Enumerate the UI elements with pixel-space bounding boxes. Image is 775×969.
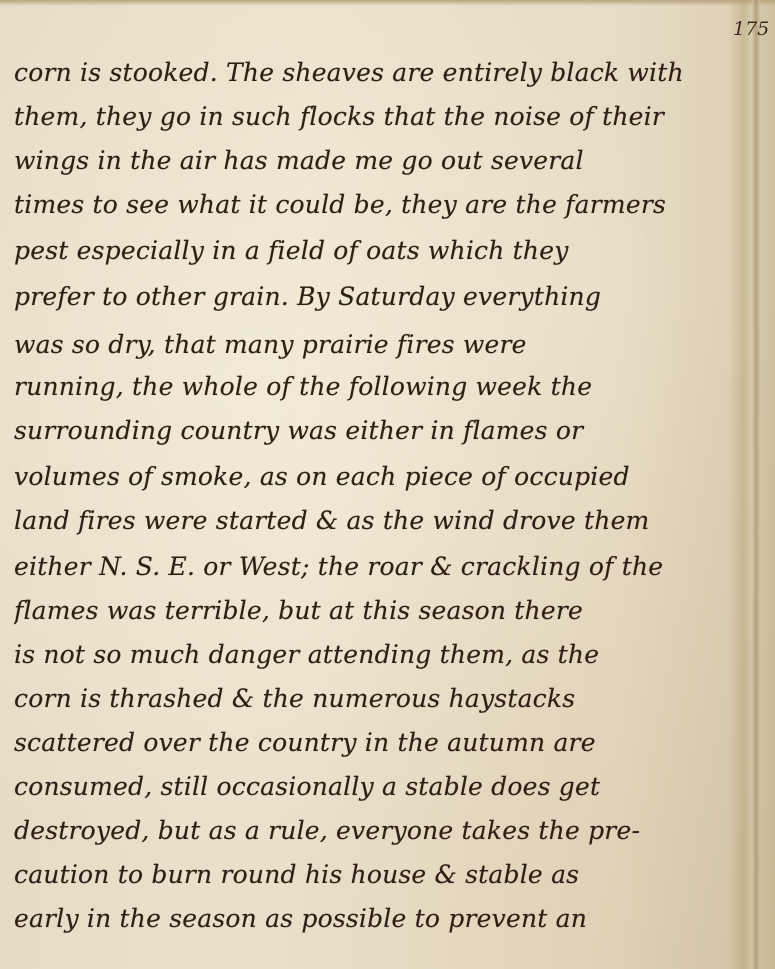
text-line-18: destroyed, but as a rule, everyone takes… <box>14 816 754 845</box>
text-line-8: running, the whole of the following week… <box>14 372 754 401</box>
text-line-15: corn is thrashed & the numerous haystack… <box>14 684 754 713</box>
text-line-10: volumes of smoke, as on each piece of oc… <box>14 462 754 491</box>
text-line-11: land fires were started & as the wind dr… <box>14 506 754 535</box>
text-line-20: early in the season as possible to preve… <box>14 904 754 933</box>
manuscript-page: 175 corn is stooked. The sheaves are ent… <box>0 0 775 969</box>
page-top-edge <box>0 0 775 6</box>
text-line-4: times to see what it could be, they are … <box>14 190 754 219</box>
text-line-7: was so dry, that many prairie fires were <box>14 330 754 359</box>
text-line-6: prefer to other grain. By Saturday every… <box>14 282 754 311</box>
text-line-19: caution to burn round his house & stable… <box>14 860 754 889</box>
text-line-1: corn is stooked. The sheaves are entirel… <box>14 58 754 87</box>
text-line-12: either N. S. E. or West; the roar & crac… <box>14 552 754 581</box>
text-line-13: flames was terrible, but at this season … <box>14 596 754 625</box>
page-number: 175 <box>733 18 769 40</box>
text-line-3: wings in the air has made me go out seve… <box>14 146 754 175</box>
text-line-16: scattered over the country in the autumn… <box>14 728 754 757</box>
text-line-17: consumed, still occasionally a stable do… <box>14 772 754 801</box>
text-line-14: is not so much danger attending them, as… <box>14 640 754 669</box>
text-line-2: them, they go in such flocks that the no… <box>14 102 754 131</box>
text-line-5: pest especially in a field of oats which… <box>14 236 754 265</box>
text-line-9: surrounding country was either in flames… <box>14 416 754 445</box>
